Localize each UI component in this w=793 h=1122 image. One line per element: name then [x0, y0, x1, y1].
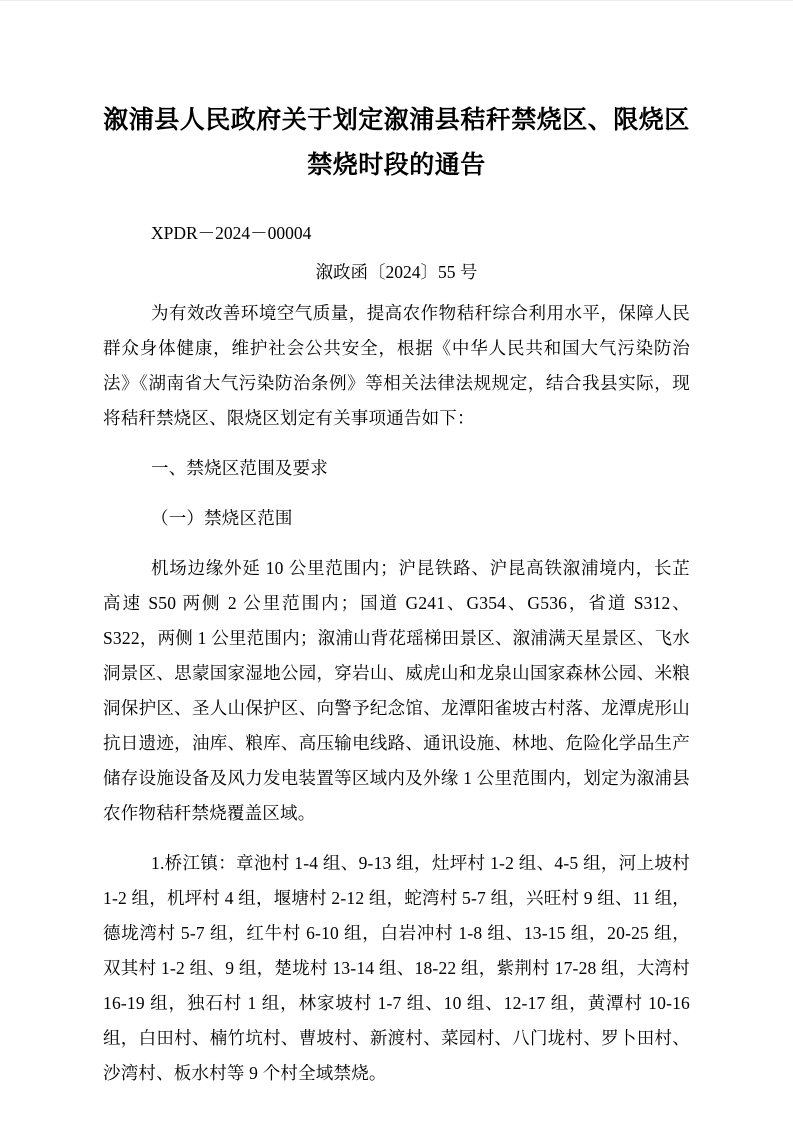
document-reference-number: 溆政函〔2024〕55 号 — [103, 255, 690, 290]
document-title: 溆浦县人民政府关于划定溆浦县秸秆禁烧区、限烧区禁烧时段的通告 — [103, 98, 690, 188]
intro-paragraph: 为有效改善环境空气质量，提高农作物秸秆综合利用水平，保障人民群众身体健康，维护社… — [103, 296, 690, 436]
document-page: 溆浦县人民政府关于划定溆浦县秸秆禁烧区、限烧区禁烧时段的通告 XPDR－2024… — [0, 0, 793, 1122]
document-index-code: XPDR－2024－00004 — [103, 216, 690, 251]
subsection-heading-zone-scope: （一）禁烧区范围 — [103, 501, 690, 536]
township-qiaojiang-paragraph: 1.桥江镇：章池村 1-4 组、9-13 组，灶坪村 1-2 组、4-5 组，河… — [103, 846, 690, 1091]
section-heading-prohibition-zone: 一、禁烧区范围及要求 — [103, 451, 690, 486]
zone-scope-paragraph: 机场边缘外延 10 公里范围内；沪昆铁路、沪昆高铁溆浦境内，长芷高速 S50 两… — [103, 551, 690, 831]
